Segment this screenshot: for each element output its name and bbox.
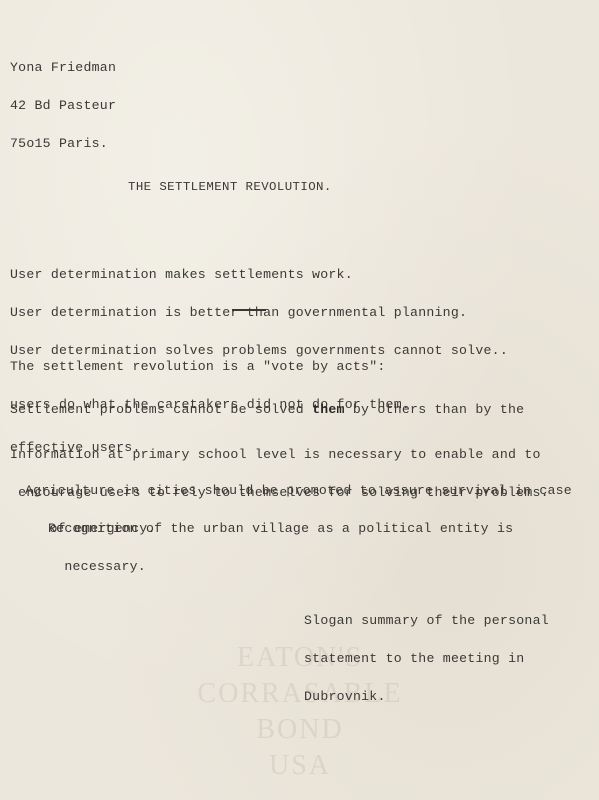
paper-watermark: EATON'S CORRASABLE BOND USA [170, 640, 430, 800]
overtyped-word: them [312, 402, 345, 417]
slogan-line: User determination makes settlements wor… [10, 269, 508, 282]
sender-city: 75o15 Paris. [10, 138, 116, 151]
paragraph-line: Settlement problems cannot be solved the… [10, 404, 524, 417]
paragraph-line: Agriculture in cities should be promoted… [25, 485, 572, 498]
paragraph-urban-village: Recognition of the urban village as a po… [48, 498, 513, 586]
paragraph-line: Recognition of the urban village as a po… [48, 523, 513, 536]
document-title: THE SETTLEMENT REVOLUTION. [128, 181, 332, 194]
sender-street: 42 Bd Pasteur [10, 100, 116, 113]
section-divider [232, 309, 266, 311]
sender-name: Yona Friedman [10, 62, 116, 75]
paragraph-line: necessary. [48, 561, 513, 574]
signoff-line: Slogan summary of the personal [304, 615, 549, 628]
sender-address: Yona Friedman 42 Bd Pasteur 75o15 Paris. [10, 37, 116, 163]
paragraph-line: The settlement revolution is a "vote by … [10, 361, 410, 374]
